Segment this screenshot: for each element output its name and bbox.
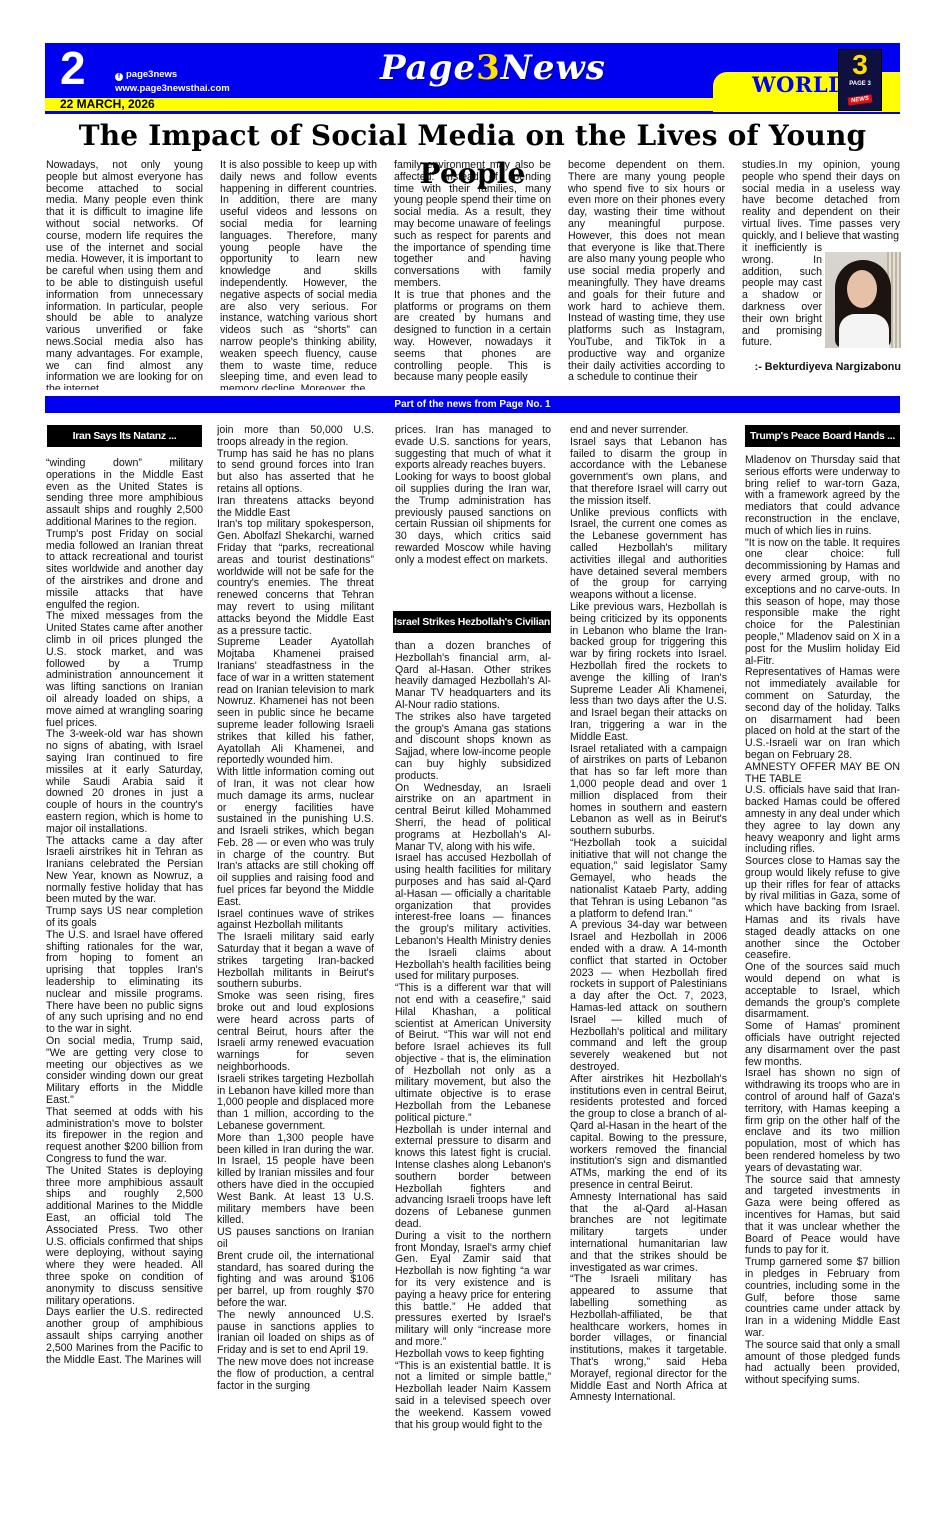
paragraph: Mladenov on Thursday said that serious e… <box>745 455 900 538</box>
story-label-iran-natanz[interactable]: Iran Says Its Natanz ... <box>47 425 202 447</box>
badge-number: 3 <box>839 50 881 80</box>
paragraph: Hezbollah is under internal and external… <box>395 1125 551 1231</box>
paragraph: “This is a different war that will not e… <box>395 983 551 1125</box>
paragraph: The source said that only a small amount… <box>745 1340 900 1387</box>
paragraph: Trump has said he has no plans to send g… <box>217 449 374 496</box>
continued-column-5: Mladenov on Thursday said that serious e… <box>745 455 900 1515</box>
paragraph: The attacks came a day after Israeli air… <box>46 836 203 907</box>
continued-column-3-top: prices. Iran has managed to evade U.S. s… <box>395 425 551 567</box>
badge-news: NEWS <box>848 94 873 105</box>
paragraph: “winding down” military operations in th… <box>46 458 203 529</box>
feature-column-1: Nowadays, not only young people but almo… <box>46 160 203 390</box>
website-link[interactable]: www.page3newsthai.com <box>115 82 230 96</box>
paragraph: become dependent on them. There are many… <box>568 160 725 384</box>
continued-column-1: “winding down” military operations in th… <box>46 458 203 1518</box>
paragraph: The U.S. and Israel have offered shiftin… <box>46 930 203 1036</box>
paragraph: Nowadays, not only young people but almo… <box>46 160 203 390</box>
paragraph: than a dozen branches of Hezbollah's fin… <box>395 641 551 712</box>
paragraph: The newly announced U.S. pause in sancti… <box>217 1310 374 1357</box>
feature-wrap-text: it inefficiently is wrong. In addition, … <box>742 243 822 349</box>
subheading: US pauses sanctions on Iranian oil <box>217 1227 374 1251</box>
paragraph: After airstrikes hit Hezbollah's institu… <box>570 1074 727 1192</box>
paragraph: It is true that phones and the platforms… <box>394 290 551 384</box>
continued-column-2: join more than 50,000 U.S. troops alread… <box>217 425 374 1485</box>
badge-text: PAGE 3 <box>839 80 881 88</box>
paragraph: The strikes also have targeted the group… <box>395 712 551 783</box>
paragraph: The Israeli military said early Saturday… <box>217 932 374 991</box>
paragraph: prices. Iran has managed to evade U.S. s… <box>395 425 551 472</box>
continued-section-bar: Part of the news from Page No. 1 <box>45 396 900 413</box>
paragraph: family environment may also be affected:… <box>394 160 551 290</box>
paragraph: “Hezbollah took a suicidal initiative th… <box>570 838 727 921</box>
paragraph: Israel has shown no sign of withdrawing … <box>745 1068 900 1174</box>
paragraph: One of the sources said much would depen… <box>745 962 900 1021</box>
logo-text-three: 3 <box>476 48 501 88</box>
story-label-trump-peace-board[interactable]: Trump's Peace Board Hands ... <box>745 425 900 447</box>
facebook-icon: f <box>115 73 123 81</box>
feature-column-3: family environment may also be affected:… <box>394 160 551 390</box>
subheading: Hezbollah vows to keep fighting <box>395 1349 551 1361</box>
paragraph: More than 1,300 people have been killed … <box>217 1133 374 1227</box>
paragraph: A previous 34-day war between Israel and… <box>570 920 727 1073</box>
paragraph: “This is an existential battle. It is no… <box>395 1361 551 1432</box>
paragraph: Israel has accused Hezbollah of using he… <box>395 853 551 983</box>
paragraph: With little information coming out of Ir… <box>217 767 374 909</box>
paragraph: Trump's post Friday on social media foll… <box>46 529 203 612</box>
subheading: AMNESTY OFFER MAY BE ON THE TABLE <box>745 762 900 786</box>
paragraph: That seemed at odds with his administrat… <box>46 1107 203 1166</box>
page3-badge-logo: 3 PAGE 3 NEWS <box>838 49 882 111</box>
social-handle: page3news <box>126 69 177 80</box>
paragraph: Some of Hamas' prominent officials have … <box>745 1021 900 1068</box>
paragraph: join more than 50,000 U.S. troops alread… <box>217 425 374 449</box>
paragraph: Israel retaliated with a campaign of air… <box>570 744 727 838</box>
paragraph: During a visit to the northern front Mon… <box>395 1231 551 1349</box>
logo-text-news: News <box>501 48 606 88</box>
paragraph: It is also possible to keep up with dail… <box>220 160 377 390</box>
feature-column-5: studies.In my opinion, young people who … <box>742 160 900 243</box>
paragraph: "It is now on the table. It requires one… <box>745 538 900 668</box>
paragraph: The mixed messages from the United State… <box>46 611 203 729</box>
paragraph: Brent crude oil, the international stand… <box>217 1251 374 1310</box>
feature-column-2: It is also possible to keep up with dail… <box>220 160 377 390</box>
page-number: 2 <box>60 44 86 92</box>
paragraph: Iran's top military spokesperson, Gen. A… <box>217 519 374 637</box>
paragraph: The United States is deploying three mor… <box>46 1166 203 1308</box>
subheading: Israel continues wave of strikes against… <box>217 909 374 933</box>
paragraph: “The Israeli military has appeared to as… <box>570 1274 727 1404</box>
paragraph: The source said that amnesty and targete… <box>745 1175 900 1258</box>
issue-date: 22 MARCH, 2026 <box>60 97 155 111</box>
section-label: WORLD <box>752 72 847 98</box>
paragraph: On Wednesday, an Israeli airstrike on an… <box>395 783 551 854</box>
logo-text-page: Page <box>380 48 476 88</box>
paragraph: Israel says that Lebanon has failed to d… <box>570 437 727 508</box>
social-handle-row[interactable]: fpage3news <box>115 68 230 82</box>
paragraph: studies.In my opinion, young people who … <box>742 160 900 243</box>
paragraph: Unlike previous conflicts with Israel, t… <box>570 508 727 602</box>
newspaper-logo: Page3News <box>380 48 606 88</box>
paragraph: Trump garnered some $7 billion in pledge… <box>745 1257 900 1340</box>
paragraph: The new move does not increase the flow … <box>217 1357 374 1392</box>
paragraph: Israeli strikes targeting Hezbollah in L… <box>217 1074 374 1133</box>
paragraph: Days earlier the U.S. redirected another… <box>46 1307 203 1366</box>
author-photo <box>825 252 901 348</box>
paragraph: Supreme Leader Ayatollah Mojtaba Khamene… <box>217 637 374 767</box>
continued-column-3-bottom: than a dozen branches of Hezbollah's fin… <box>395 641 551 1491</box>
paragraph: Like previous wars, Hezbollah is being c… <box>570 602 727 744</box>
paragraph: Smoke was seen rising, fires broke out a… <box>217 991 374 1074</box>
paragraph: The 3-week-old war has shown no signs of… <box>46 729 203 835</box>
feature-column-4: become dependent on them. There are many… <box>568 160 725 390</box>
paragraph: Sources close to Hamas say the group wou… <box>745 856 900 962</box>
story-label-israel-strikes[interactable]: Israel Strikes Hezbollah's Civilian ... <box>393 611 551 633</box>
subheading: Trump says US near completion of its goa… <box>46 906 203 930</box>
social-links: fpage3news www.page3newsthai.com <box>115 68 230 96</box>
paragraph: Amnesty International has said that the … <box>570 1192 727 1275</box>
paragraph: Representatives of Hamas were not immedi… <box>745 667 900 761</box>
newspaper-page: 2 fpage3news www.page3newsthai.com 22 MA… <box>0 0 945 1531</box>
paragraph: U.S. officials have said that Iran-backe… <box>745 785 900 856</box>
paragraph: it inefficiently is wrong. In addition, … <box>742 243 822 349</box>
paragraph: Looking for ways to boost global oil sup… <box>395 472 551 566</box>
continued-column-4: end and never surrender. Israel says tha… <box>570 425 727 1485</box>
subheading: Iran threatens attacks beyond the Middle… <box>217 496 374 520</box>
paragraph: On social media, Trump said, "We are get… <box>46 1036 203 1107</box>
author-byline: :- Bekturdiyeva Nargizabonu <box>735 361 901 373</box>
